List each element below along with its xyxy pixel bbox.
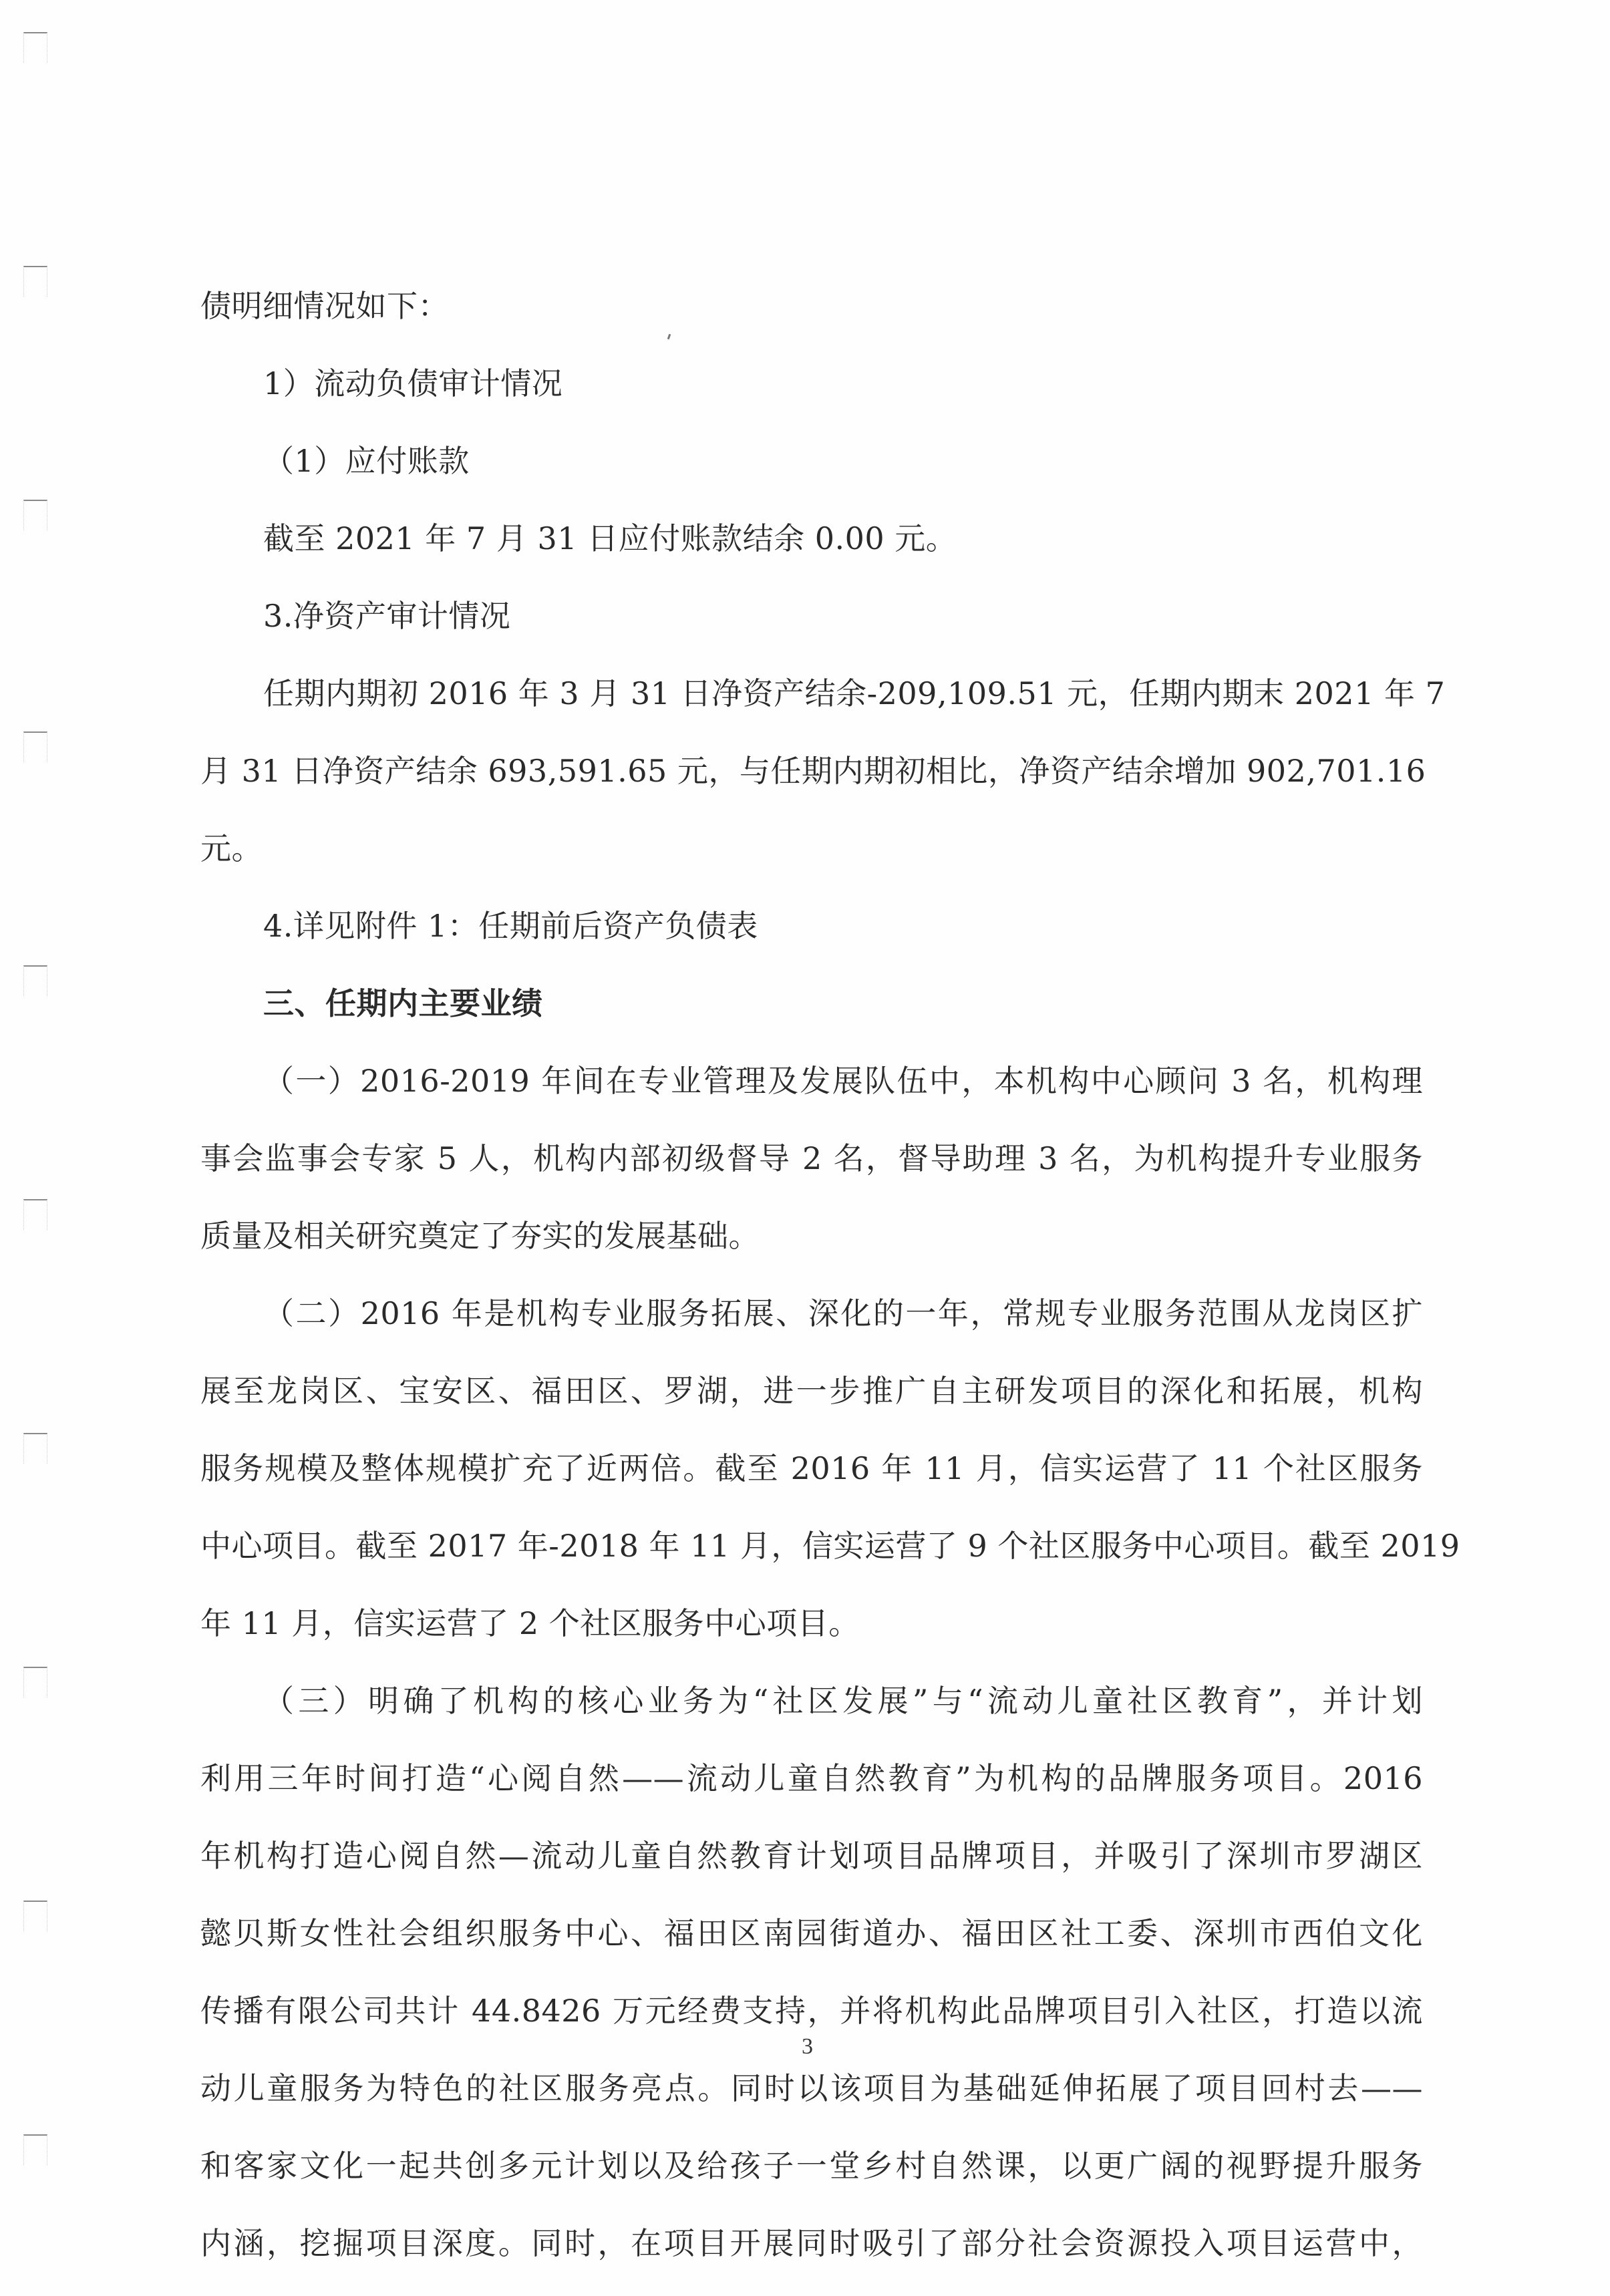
text-line: 内涵，挖掘项目深度。同时，在项目开展同时吸引了部分社会资源投入项目运营中，	[200, 2225, 1423, 2262]
text-line: 动儿童服务为特色的社区服务亮点。同时以该项目为基础延伸拓展了项目回村去——	[200, 2070, 1423, 2107]
text-line: 利用三年时间打造“心阅自然——流动儿童自然教育”为机构的品牌服务项目。2016	[200, 1760, 1423, 1797]
section-heading: 三、任期内主要业绩	[263, 985, 543, 1022]
text-line: （二）2016 年是机构专业服务拓展、深化的一年，常规专业服务范围从龙岗区扩	[263, 1295, 1423, 1332]
binder-mark	[23, 731, 47, 762]
text-line: （三）明确了机构的核心业务为“社区发展”与“流动儿童社区教育”，并计划	[263, 1682, 1423, 1719]
binder-mark	[23, 266, 47, 297]
text-line: 事会监事会专家 5 人，机构内部初级督导 2 名，督导助理 3 名，为机构提升专…	[200, 1140, 1423, 1177]
text-line: 年机构打造心阅自然—流动儿童自然教育计划项目品牌项目，并吸引了深圳市罗湖区	[200, 1837, 1423, 1874]
section-subheading: （1）应付账款	[263, 442, 470, 480]
text-line: 任期内期初 2016 年 3 月 31 日净资产结余-209,109.51 元，…	[263, 675, 1423, 712]
binder-mark	[23, 2134, 47, 2165]
text-line: 中心项目。截至 2017 年-2018 年 11 月，信实运营了 9 个社区服务…	[200, 1527, 1423, 1565]
binder-mark	[23, 1667, 47, 1697]
section-subheading: 1）流动负债审计情况	[263, 365, 562, 402]
text-line: 传播有限公司共计 44.8426 万元经费支持，并将机构此品牌项目引入社区，打造…	[200, 1992, 1423, 2029]
text-line: 展至龙岗区、宝安区、福田区、罗湖，进一步推广自主研发项目的深化和拓展，机构	[200, 1372, 1423, 1410]
binder-mark	[23, 1901, 47, 1931]
text-line: （一）2016-2019 年间在专业管理及发展队伍中，本机构中心顾问 3 名，机…	[263, 1062, 1423, 1100]
text-line: 和客家文化一起共创多元计划以及给孩子一堂乡村自然课，以更广阔的视野提升服务	[200, 2147, 1423, 2184]
text-line: 4.详见附件 1：任期前后资产负债表	[263, 907, 758, 945]
binder-mark	[23, 1199, 47, 1230]
page-number: 3	[802, 2034, 813, 2060]
binder-mark	[23, 965, 47, 996]
text-line: 懿贝斯女性社会组织服务中心、福田区南园街道办、福田区社工委、深圳市西伯文化	[200, 1915, 1423, 1952]
binder-mark	[23, 32, 47, 63]
text-line: 年 11 月，信实运营了 2 个社区服务中心项目。	[200, 1605, 860, 1642]
scanned-page: 债明细情况如下： 1）流动负债审计情况 （1）应付账款 截至 2021 年 7 …	[0, 0, 1610, 2296]
scan-speck	[667, 334, 671, 340]
text-line: 月 31 日净资产结余 693,591.65 元，与任期内期初相比，净资产结余增…	[200, 752, 1423, 790]
binder-mark	[23, 500, 47, 530]
text-line: 元。	[200, 830, 263, 867]
text-line: 截至 2021 年 7 月 31 日应付账款结余 0.00 元。	[263, 520, 957, 557]
text-line: 债明细情况如下：	[200, 287, 449, 325]
section-subheading: 3.净资产审计情况	[263, 597, 510, 635]
text-line: 质量及相关研究奠定了夯实的发展基础。	[200, 1217, 760, 1255]
text-line: 服务规模及整体规模扩充了近两倍。截至 2016 年 11 月，信实运营了 11 …	[200, 1450, 1423, 1487]
binder-mark	[23, 1433, 47, 1464]
